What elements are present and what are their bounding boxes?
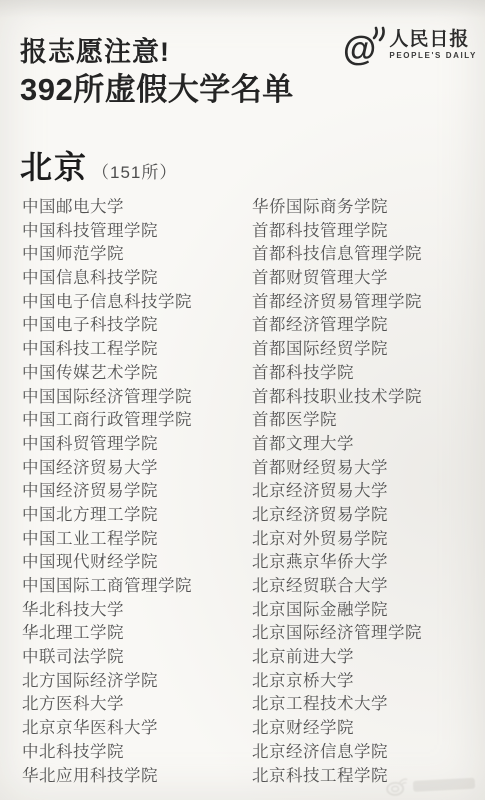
university-list-item: 首都文理大学 xyxy=(252,433,485,457)
university-list-item: 北京燕京华侨大学 xyxy=(252,551,485,575)
university-list-item: 中国科技工程学院 xyxy=(22,338,252,362)
university-list: 中国邮电大学中国科技管理学院中国师范学院中国信息科技学院中国电子信息科技学院中国… xyxy=(22,196,485,788)
university-list-item: 北京经济贸易学院 xyxy=(252,504,485,528)
poster-titles: 报志愿注意! 392所虚假大学名单 xyxy=(20,34,294,110)
logo-text: 人民日报 PEOPLE'S DAILY xyxy=(389,30,477,61)
region-count: （151所） xyxy=(92,158,177,183)
university-list-item: 首都国际经贸学院 xyxy=(252,338,485,362)
university-list-item: 北方医科大学 xyxy=(22,693,252,717)
university-list-item: 中国北方理工学院 xyxy=(22,504,252,528)
university-list-item: 北京经济贸易大学 xyxy=(252,480,485,504)
university-list-item: 中国电子科技学院 xyxy=(22,314,252,338)
university-list-item: 中国邮电大学 xyxy=(22,196,252,220)
weibo-watermark xyxy=(386,774,476,797)
university-list-item: 华北科技大学 xyxy=(22,599,252,623)
university-list-item: 首都科技信息管理学院 xyxy=(252,243,485,267)
university-list-item: 中北科技学院 xyxy=(22,741,252,765)
university-list-item: 中国国际经济管理学院 xyxy=(22,386,252,410)
university-list-item: 中国现代财经学院 xyxy=(22,551,252,575)
logo-subtitle: PEOPLE'S DAILY xyxy=(389,51,477,61)
university-list-item: 首都医学院 xyxy=(252,409,485,433)
university-list-item: 华北理工学院 xyxy=(22,622,252,646)
university-list-item: 首都经济贸易管理学院 xyxy=(252,291,485,315)
university-list-item: 中国经济贸易大学 xyxy=(22,457,252,481)
weibo-icon xyxy=(386,777,409,796)
university-list-item: 北京前进大学 xyxy=(252,646,485,670)
section-title-beijing: 北京 （151所） xyxy=(20,142,177,188)
poster: 报志愿注意! 392所虚假大学名单 @ 人民日报 PEOPLE'S DAILY … xyxy=(0,0,485,800)
university-list-item: 北京国际金融学院 xyxy=(252,599,485,623)
logo-name: 人民日报 xyxy=(389,30,477,50)
university-list-item: 华北应用科技学院 xyxy=(22,765,252,789)
title-line-2: 392所虚假大学名单 xyxy=(20,70,294,110)
university-column-left: 中国邮电大学中国科技管理学院中国师范学院中国信息科技学院中国电子信息科技学院中国… xyxy=(22,196,252,788)
svg-text:@: @ xyxy=(343,30,376,68)
university-list-item: 中国国际工商管理学院 xyxy=(22,575,252,599)
university-list-item: 中国传媒艺术学院 xyxy=(22,362,252,386)
university-list-item: 中国工商行政管理学院 xyxy=(22,409,252,433)
university-list-item: 首都经济管理学院 xyxy=(252,314,485,338)
university-list-item: 北京京桥大学 xyxy=(252,670,485,694)
at-megaphone-icon: @ xyxy=(343,26,387,68)
university-list-item: 北京财经学院 xyxy=(252,717,485,741)
watermark-text-blur xyxy=(413,777,475,791)
university-list-item: 首都科技职业技术学院 xyxy=(252,386,485,410)
university-list-item: 中国经济贸易学院 xyxy=(22,480,252,504)
region-name: 北京 xyxy=(20,142,88,188)
university-list-item: 北京经济信息学院 xyxy=(252,741,485,765)
university-list-item: 华侨国际商务学院 xyxy=(252,196,485,220)
university-list-item: 首都科技学院 xyxy=(252,362,485,386)
university-column-right: 华侨国际商务学院首都科技管理学院首都科技信息管理学院首都财贸管理大学首都经济贸易… xyxy=(252,196,485,788)
university-list-item: 中国电子信息科技学院 xyxy=(22,291,252,315)
university-list-item: 北京工程技术大学 xyxy=(252,693,485,717)
peoples-daily-logo: @ 人民日报 PEOPLE'S DAILY xyxy=(343,26,477,68)
title-line-1: 报志愿注意! xyxy=(20,34,294,70)
university-list-item: 中联司法学院 xyxy=(22,646,252,670)
university-list-item: 中国信息科技学院 xyxy=(22,267,252,291)
university-list-item: 北京京华医科大学 xyxy=(22,717,252,741)
university-list-item: 首都财经贸易大学 xyxy=(252,457,485,481)
university-list-item: 首都财贸管理大学 xyxy=(252,267,485,291)
university-list-item: 北方国际经济学院 xyxy=(22,670,252,694)
university-list-item: 北京对外贸易学院 xyxy=(252,528,485,552)
university-list-item: 中国工业工程学院 xyxy=(22,528,252,552)
university-list-item: 中国科贸管理学院 xyxy=(22,433,252,457)
university-list-item: 中国师范学院 xyxy=(22,243,252,267)
university-list-item: 中国科技管理学院 xyxy=(22,220,252,244)
university-list-item: 北京国际经济管理学院 xyxy=(252,622,485,646)
university-list-item: 首都科技管理学院 xyxy=(252,220,485,244)
university-list-item: 北京经贸联合大学 xyxy=(252,575,485,599)
